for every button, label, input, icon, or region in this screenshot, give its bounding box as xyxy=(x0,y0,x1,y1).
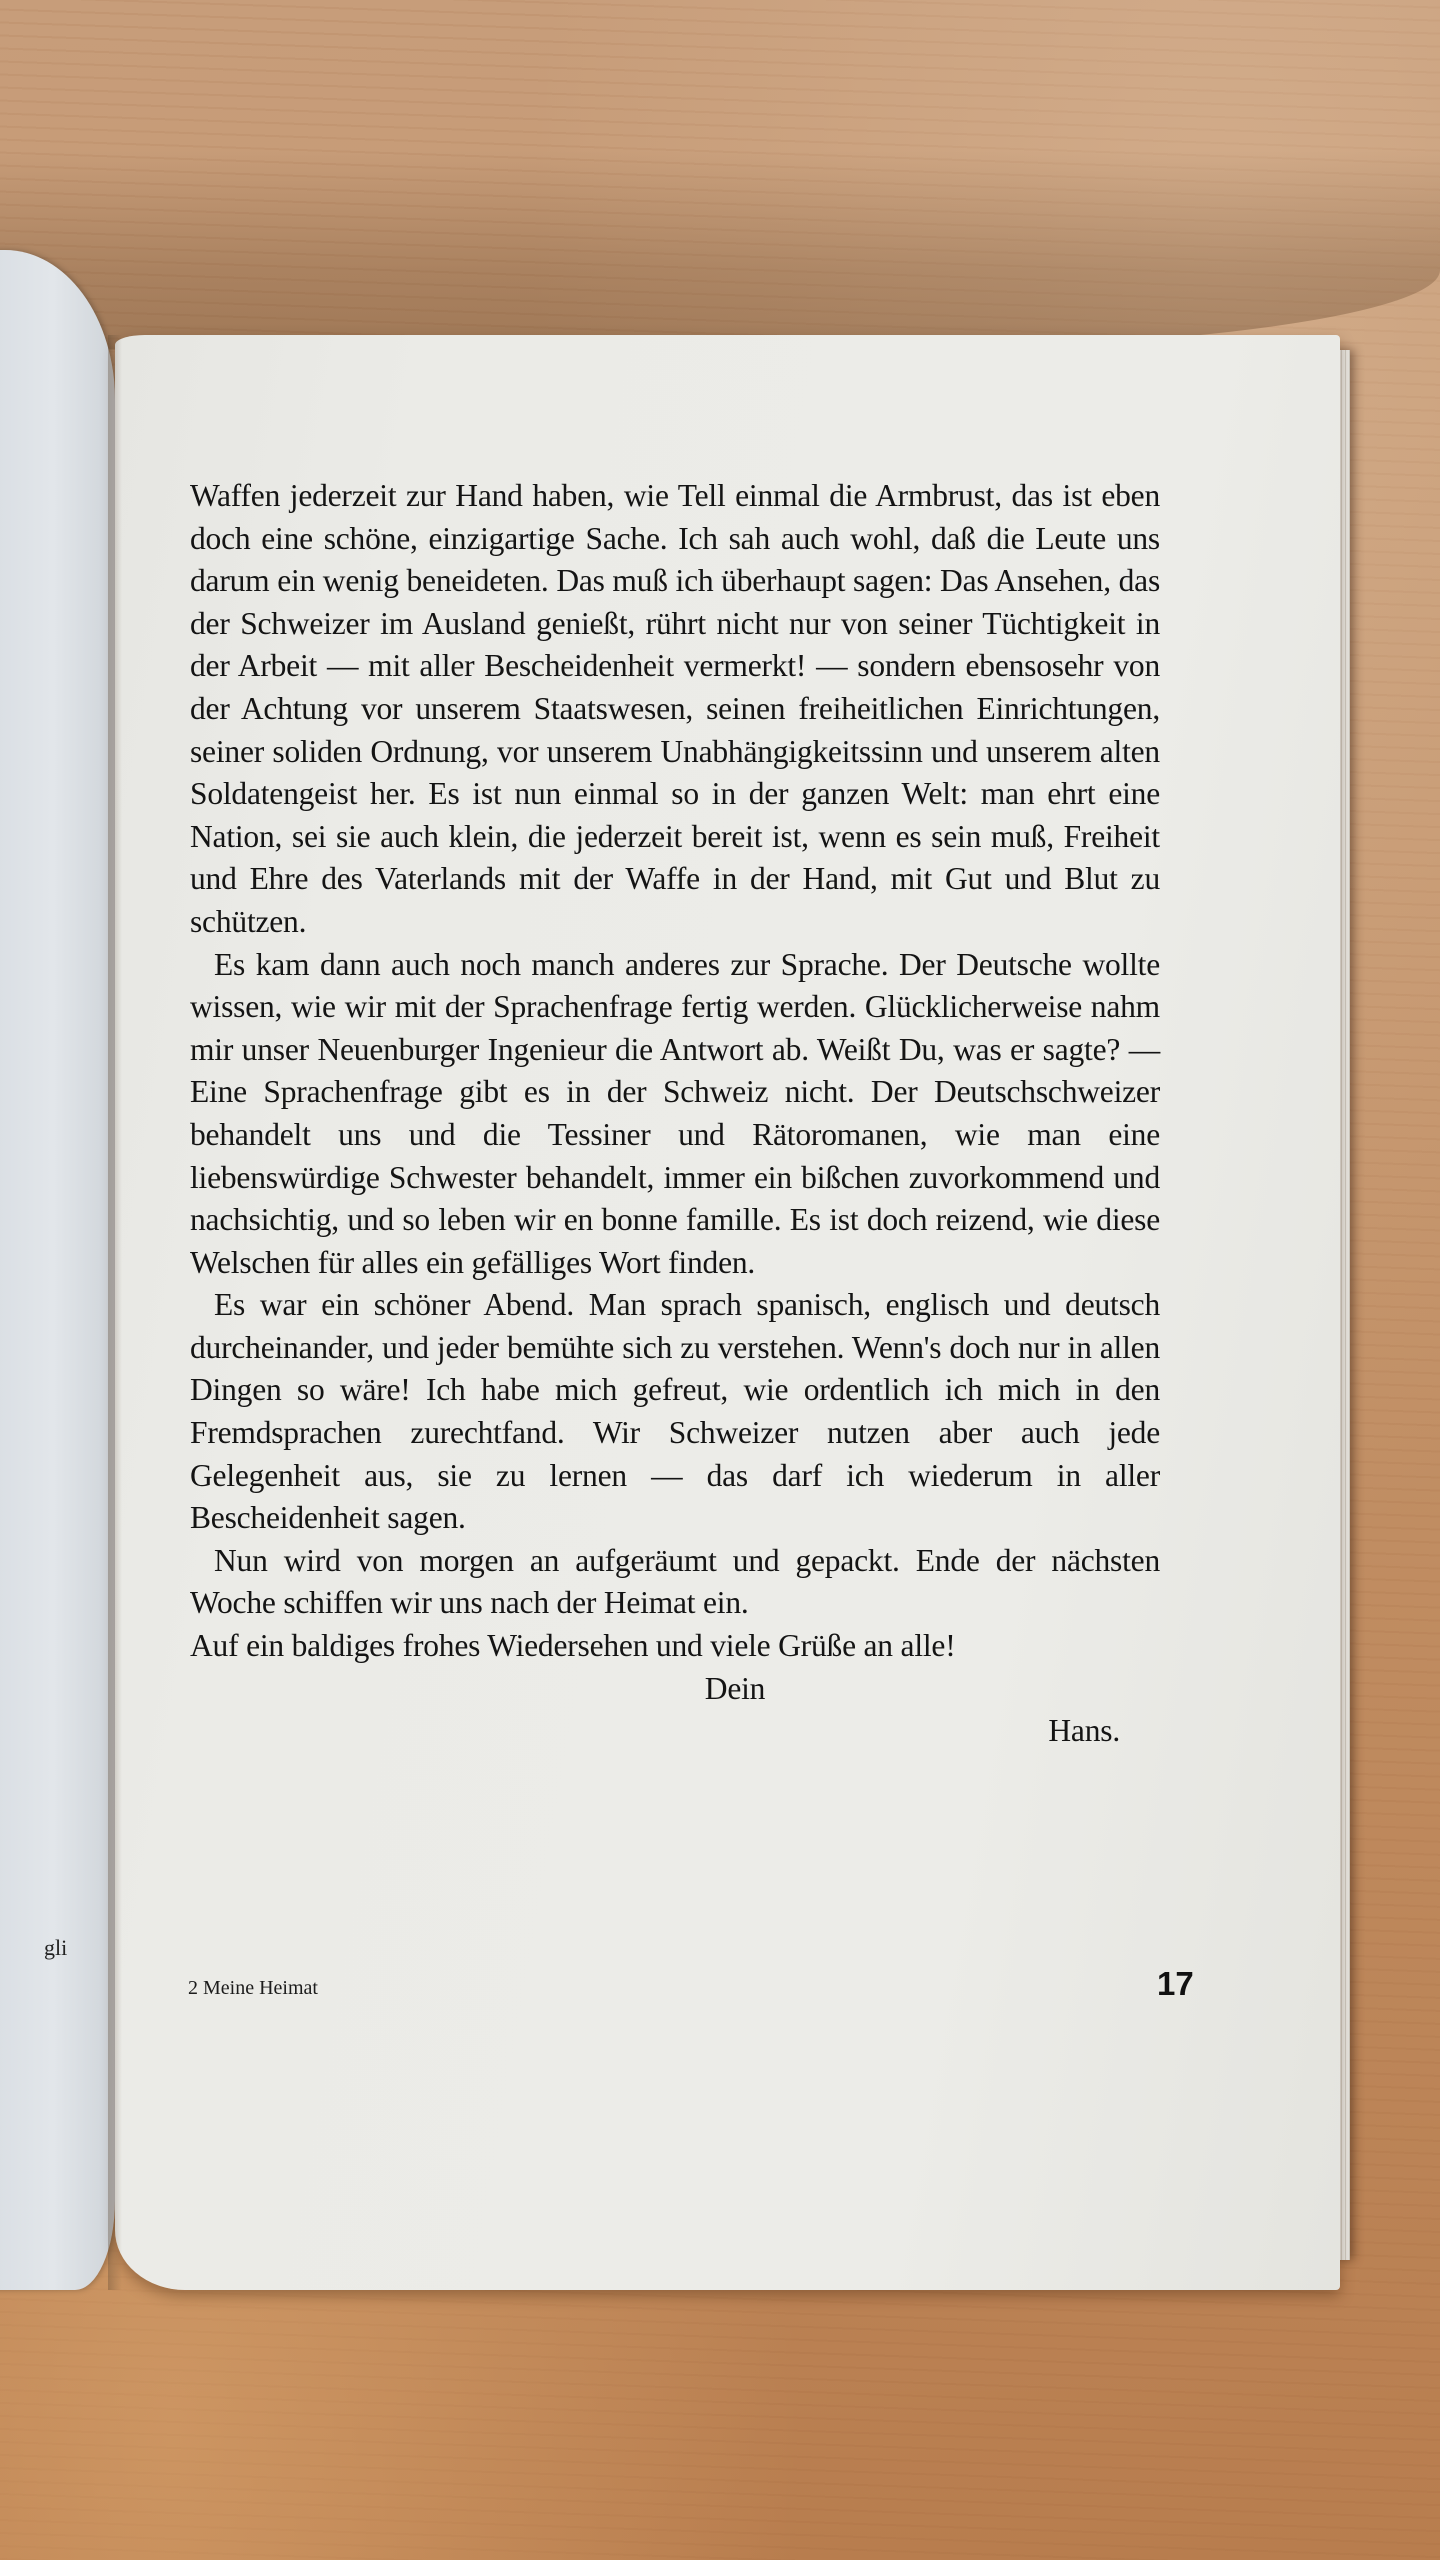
left-page-text-fragment: gli xyxy=(44,1935,67,1961)
page-number: 17 xyxy=(1157,1965,1194,2003)
paragraph: Waffen jederzeit zur Hand haben, wie Tel… xyxy=(190,475,1160,944)
letter-body: Waffen jederzeit zur Hand haben, wie Tel… xyxy=(190,475,1160,1753)
left-page-edge xyxy=(0,250,115,2290)
paragraph: Nun wird von morgen an aufgeräumt und ge… xyxy=(190,1540,1160,1625)
paragraph: Es war ein schöner Abend. Man sprach spa… xyxy=(190,1284,1160,1540)
spine-shadow xyxy=(108,335,122,2290)
book-page: Waffen jederzeit zur Hand haben, wie Tel… xyxy=(115,335,1340,2290)
paragraph: Es kam dann auch noch manch anderes zur … xyxy=(190,944,1160,1285)
closing-line: Auf ein baldiges frohes Wiedersehen und … xyxy=(190,1625,1160,1668)
signature: Hans. xyxy=(190,1710,1160,1753)
footer-signature-mark: 2 Meine Heimat xyxy=(188,1977,318,2000)
signoff: Dein xyxy=(190,1668,1160,1711)
table-shadow xyxy=(0,150,1440,350)
